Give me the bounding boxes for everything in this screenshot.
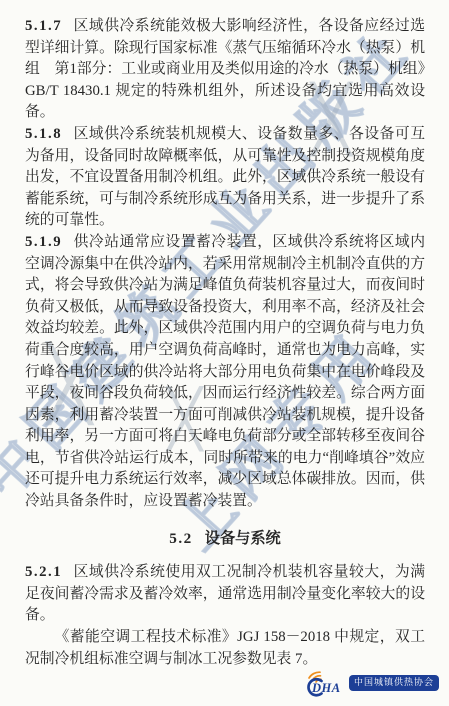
association-name-badge: 中国城镇供热协会 bbox=[349, 675, 439, 691]
clause-text: 区域供冷系统能效极大影响经济性，各设备应经过选型详细计算。除现行国家标准《蒸气压… bbox=[25, 18, 425, 120]
dha-association-logo: DHA 中国城镇供热协会 bbox=[300, 669, 439, 697]
section-heading-number: 5.2 bbox=[169, 530, 192, 547]
clause-number: 5.1.8 bbox=[25, 126, 62, 142]
dha-abbr-text: DHA bbox=[311, 681, 341, 695]
clause-text: 供冷站通常应设置蓄冷装置，区域供冷系统将区域内空调冷源集中在供冷站内，若采用常规… bbox=[25, 234, 425, 509]
clause-number: 5.1.7 bbox=[25, 18, 62, 34]
clause-number: 5.2.1 bbox=[25, 564, 62, 580]
clause-5-1-9: 5.1.9供冷站通常应设置蓄冷装置，区域供冷系统将区域内空调冷源集中在供冷站内，… bbox=[25, 232, 425, 513]
section-heading-title: 设备与系统 bbox=[205, 530, 281, 547]
closing-paragraph: 《蓄能空调工程技术标准》JGJ 158－2018 中规定，双工况制冷机组标准空调… bbox=[25, 627, 425, 670]
clause-text: 区域供冷系统使用双工况制冷机装机容量较大，为满足夜间蓄冷需求及蓄冷效率，通常选用… bbox=[25, 564, 425, 623]
section-heading-5-2: 5.2设备与系统 bbox=[25, 528, 425, 550]
clause-5-2-1: 5.2.1区域供冷系统使用双工况制冷机装机容量较大，为满足夜间蓄冷需求及蓄冷效率… bbox=[25, 562, 425, 627]
clause-5-1-8: 5.1.8区域供冷系统装机规模大、设备数量多、各设备可互为备用，设备同时故障概率… bbox=[25, 124, 425, 232]
document-page: 中国建筑工业出版社 上网专用 ╳ ╳ ╳ 5.1.7区域供冷系统能效极大影响经济… bbox=[0, 0, 449, 706]
dha-logo-mark-icon: DHA bbox=[300, 669, 346, 697]
page-body: 5.1.7区域供冷系统能效极大影响经济性，各设备应经过选型详细计算。除现行国家标… bbox=[25, 16, 425, 670]
clause-text: 区域供冷系统装机规模大、设备数量多、各设备可互为备用，设备同时故障概率低，从可靠… bbox=[25, 126, 425, 228]
clause-number: 5.1.9 bbox=[25, 234, 62, 250]
clause-5-1-7: 5.1.7区域供冷系统能效极大影响经济性，各设备应经过选型详细计算。除现行国家标… bbox=[25, 16, 425, 124]
